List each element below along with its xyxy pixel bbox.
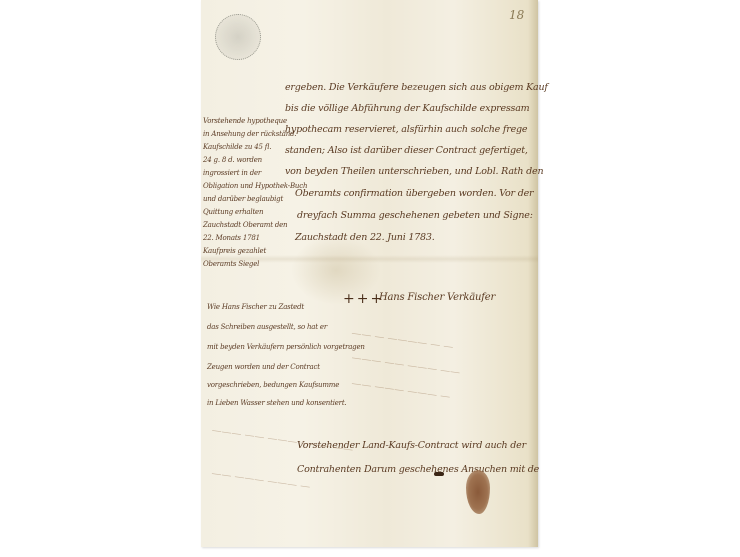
lower-left-line: in Lieben Wasser stehen und konsentiert. <box>207 399 346 407</box>
main-text-line: Oberamts confirmation übergeben worden. … <box>295 188 533 199</box>
main-text-line: bis die völlige Abführung der Kaufschild… <box>285 103 530 114</box>
lower-text-line: Contrahenten Darum geschehenes Ansuchen … <box>297 464 539 475</box>
main-text-line: dreyfach Summa geschehenen gebeten und S… <box>297 210 533 221</box>
margin-line: 22. Monats 1781 <box>203 234 260 242</box>
bleed-through-text: —— ——— —— ——— <box>351 352 461 378</box>
lower-left-line: Wie Hans Fischer zu Zastedt <box>207 303 304 311</box>
margin-line: Kaufschilde zu 45 fl. <box>203 143 271 151</box>
lower-text-line: Vorstehender Land-Kaufs-Contract wird au… <box>297 440 526 451</box>
main-text-line: standen; Also ist darüber dieser Contrac… <box>285 145 528 156</box>
main-text-line: ergeben. Die Verkäufere bezeugen sich au… <box>285 82 548 93</box>
bleed-through-text: — — ———— — —— <box>351 328 454 353</box>
margin-line: Zauchstadt Oberamt den <box>203 221 287 229</box>
margin-line: Kaufpreis gezahlet <box>203 247 266 255</box>
margin-line: Oberamts Siegel <box>203 260 259 268</box>
bleed-through-text: — ——— ——— —— <box>351 378 451 403</box>
main-text-line: hypothecam reservieret, alsfürhin auch s… <box>285 124 527 135</box>
margin-line: Vorstehende hypotheque <box>203 117 287 125</box>
manuscript-page: 18 ergeben. Die Verkäufere bezeugen sich… <box>201 0 538 547</box>
main-text-line: Zauchstadt den 22. Juni 1783. <box>295 232 435 243</box>
margin-line: in Ansehung der rückständ. <box>203 130 296 138</box>
margin-line: 24 g. 8 d. worden <box>203 156 262 164</box>
lower-left-line: vorgeschrieben, bedungen Kaufsumme <box>207 381 339 389</box>
ink-stain <box>466 470 490 514</box>
main-text-line: von beyden Theilen unterschrieben, und L… <box>285 166 543 177</box>
margin-line: und darüber beglaubigt <box>203 195 283 203</box>
margin-line: Obligation und Hypothek-Buch <box>203 182 307 190</box>
margin-line: Quittung erhalten <box>203 208 263 216</box>
margin-line: ingrossiert in der <box>203 169 261 177</box>
ink-blot <box>434 472 444 476</box>
lower-left-line: das Schreiben ausgestellt, so hat er <box>207 323 327 331</box>
lower-left-line: Zeugen worden und der Contract <box>207 363 320 371</box>
bleed-through-text: — ——— ——— —— <box>211 468 311 493</box>
signature: Hans Fischer Verkäufer <box>379 292 495 303</box>
folio-number: 18 <box>509 8 524 22</box>
stamp-seal <box>215 14 261 60</box>
lower-left-line: mit beyden Verkäufern persönlich vorgetr… <box>207 343 365 351</box>
